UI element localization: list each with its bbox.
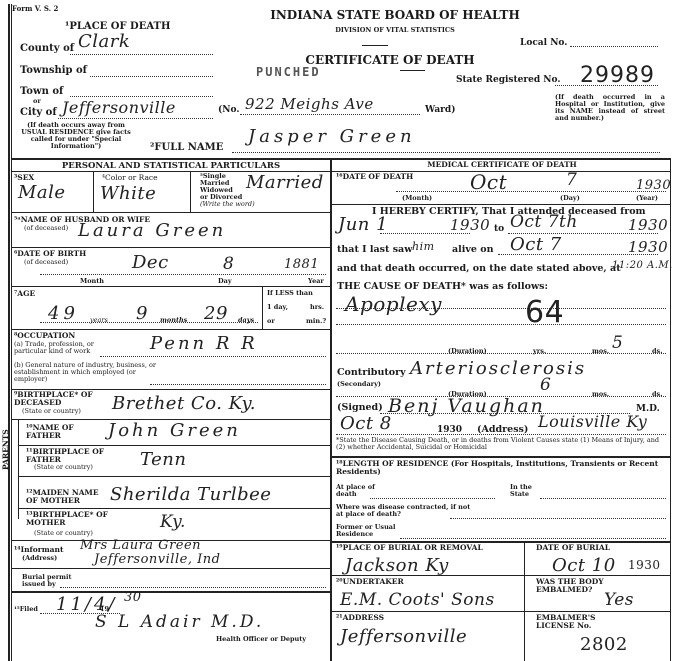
ward-label: Ward) — [425, 105, 455, 115]
attended-to: Oct 7th — [510, 212, 578, 232]
undertaker-address-label: ²¹ADDRESS — [336, 614, 384, 622]
informant-label: ¹⁴Informant — [14, 546, 63, 554]
mos-label-2: mos. — [592, 391, 609, 398]
year-label: Year — [308, 278, 324, 285]
age-months: 9 — [136, 303, 148, 324]
duration-field — [336, 353, 666, 354]
county-value: Clark — [78, 31, 130, 52]
township-label: Township of — [20, 66, 87, 76]
occupation-a-label: (a) Trade, profession, or particular kin… — [14, 341, 124, 355]
burial-place-value: Jackson Ky — [345, 555, 449, 576]
rule — [11, 286, 330, 287]
rule — [93, 171, 94, 212]
rule — [11, 329, 330, 330]
health-officer-label: Health Officer or Deputy — [216, 636, 306, 643]
rule — [330, 456, 670, 458]
form-id: Form V. S. 2 — [12, 5, 58, 12]
occupation-b-label: (b) General nature of industry, business… — [14, 362, 162, 383]
alive-on-label: alive on — [452, 245, 494, 255]
secondary-label: (Secondary) — [337, 381, 381, 388]
burial-date-label: DATE OF BURIAL — [536, 544, 610, 552]
in-state-field — [540, 498, 666, 499]
embalmed-value: Yes — [604, 590, 634, 610]
punched-stamp: PUNCHED — [256, 65, 321, 79]
rule — [330, 611, 670, 612]
one-day-label: 1 day, — [267, 304, 288, 311]
in-state-label: In the State — [510, 484, 540, 498]
dod-day: 7 — [566, 170, 577, 190]
dob-label: ⁶DATE OF BIRTH — [14, 250, 86, 258]
street-no-label: (No. — [218, 105, 239, 115]
rule — [11, 591, 330, 593]
age-days: 29 — [204, 303, 228, 324]
board-title: INDIANA STATE BOARD OF HEALTH — [270, 10, 520, 20]
at-place-label: At place of death — [336, 484, 376, 498]
where-contracted-field — [450, 518, 666, 519]
cause-line — [336, 308, 666, 309]
rule — [11, 568, 330, 569]
dob-year: 1881 — [284, 257, 319, 272]
informant-address: Jeffersonville, Ind — [94, 552, 220, 567]
attended-to-year: 1930 — [628, 216, 668, 234]
month-label: Month — [80, 278, 104, 285]
away-note: (If death occurs away from USUAL RESIDEN… — [14, 122, 138, 150]
father-label: ¹⁰NAME OF FATHER — [26, 424, 86, 440]
county-field — [70, 54, 213, 55]
physician-address: Louisville Ky — [538, 412, 647, 431]
attended-from: Jun 1 — [338, 214, 388, 235]
street-value: 922 Meighs Ave — [245, 95, 374, 113]
last-saw-year: 1930 — [628, 238, 668, 256]
state-registered-field — [555, 85, 658, 86]
time-value: 11:20 A.M. — [612, 260, 673, 271]
city-field — [58, 118, 213, 119]
full-name-value: Jasper Green — [248, 126, 416, 147]
occupation-value: Penn R R — [150, 333, 258, 354]
mother-label: ¹²MAIDEN NAME OF MOTHER — [26, 489, 108, 505]
mother-bp-label: ¹³BIRTHPLACE* OF MOTHER — [26, 511, 108, 527]
city-value: Jeffersonville — [62, 98, 176, 117]
marital-value: Married — [246, 172, 324, 193]
division-title: DIVISION OF VITAL STATISTICS — [320, 26, 470, 34]
dob-field — [40, 274, 326, 275]
address-field — [336, 434, 666, 435]
age-label: ⁷AGE — [14, 290, 35, 298]
or-label: or — [33, 98, 41, 105]
days-label: days — [238, 317, 254, 324]
dod-month-label: (Month) — [402, 195, 432, 202]
mos-label: mos. — [592, 348, 609, 355]
left-border-inner — [11, 4, 12, 661]
to-label: to — [494, 224, 504, 234]
divider — [400, 70, 425, 71]
race-label: ⁴Color or Race — [102, 174, 158, 182]
age-years: 49 — [48, 303, 79, 324]
certificate-title: CERTIFICATE OF DEATH — [300, 55, 480, 65]
years-label: years — [90, 317, 108, 324]
or-label-age: or — [267, 318, 275, 325]
former-residence-field — [400, 538, 666, 539]
occupation-field — [100, 356, 326, 357]
left-border — [8, 4, 10, 661]
mother-bp-value: Ky. — [160, 512, 186, 532]
marital-option: (Write the word) — [200, 201, 255, 208]
mother-value: Sherilda Turlbee — [110, 484, 271, 505]
last-saw-pronoun: him — [412, 240, 435, 253]
signed-date: Oct 8 — [340, 413, 392, 434]
dod-year: 1930 — [636, 178, 671, 193]
rule — [18, 445, 330, 446]
rule — [524, 541, 525, 661]
burial-year-value: 1930 — [628, 558, 661, 572]
town-label: Town of — [20, 87, 63, 97]
undertaker-label: ²⁰UNDERTAKER — [336, 578, 404, 586]
informant-sub: (Address) — [22, 555, 57, 562]
cause-heading: THE CAUSE OF DEATH* was as follows: — [337, 282, 548, 292]
rule — [18, 508, 330, 509]
dob-day: 8 — [223, 254, 234, 274]
dob-sub: (of deceased) — [24, 259, 68, 266]
birthplace-label: ⁹BIRTHPLACE* OF DECEASED — [14, 391, 94, 407]
divider — [362, 45, 388, 46]
personal-heading: PERSONAL AND STATISTICAL PARTICULARS — [12, 161, 330, 171]
health-officer-signature: S L Adair M.D. — [95, 612, 264, 632]
last-saw-text: that I last saw — [337, 245, 412, 255]
parents-label: PARENTS — [2, 429, 10, 470]
burial-permit-label: Burial permit issued by — [22, 574, 82, 588]
min-label: min.? — [306, 318, 326, 325]
last-saw-date: Oct 7 — [510, 234, 562, 255]
mother-bp-sub: (State or country) — [34, 530, 93, 537]
cause-duration-mos: 5 — [612, 333, 623, 353]
father-bp-label: ¹¹BIRTHPLACE OF FATHER — [26, 448, 106, 464]
medical-heading: MEDICAL CERTIFICATE OF DEATH — [332, 161, 672, 169]
footnote: *State the Disease Causing Death, or in … — [336, 437, 664, 451]
attended-from-year: 1930 — [450, 216, 490, 234]
at-place-field — [370, 498, 495, 499]
cause-note: 64 — [525, 295, 564, 330]
dod-label: ¹⁶DATE OF DEATH — [336, 173, 413, 181]
rule — [11, 212, 330, 213]
burial-place-label: ¹⁹PLACE OF BURIAL OR REMOVAL — [336, 544, 483, 552]
father-bp-sub: (State or country) — [34, 464, 93, 471]
contributory-label: Contributory — [337, 368, 406, 378]
months-label: months — [160, 317, 187, 324]
right-border — [670, 158, 671, 661]
father-bp-value: Tenn — [140, 449, 186, 470]
spouse-sub: (of deceased) — [24, 225, 68, 232]
ds-label: ds. — [652, 348, 662, 355]
sex-label: ³SEX — [14, 174, 34, 182]
ds-label-2: ds. — [652, 391, 662, 398]
full-name-label: ²FULL NAME — [150, 143, 223, 153]
state-registered-label: State Registered No. — [456, 75, 560, 85]
birthplace-value: Brethet Co. Ky. — [112, 393, 256, 414]
less-than-label: If LESS than — [267, 290, 313, 297]
contributory-value: Arteriosclerosis — [410, 358, 586, 379]
dod-month: Oct — [470, 170, 507, 194]
rule — [11, 247, 330, 248]
former-residence-label: Former or Usual Residence — [336, 524, 416, 538]
dod-year-label: (Year) — [636, 195, 658, 202]
contributory-duration-yrs: 6 — [540, 375, 551, 395]
industry-field — [150, 384, 326, 385]
hrs-label: hrs. — [310, 304, 324, 311]
certify-text: I HEREBY CERTIFY, That I attended deceas… — [372, 207, 646, 217]
informant-value: Mrs Laura Green — [80, 538, 201, 553]
full-name-field — [232, 152, 660, 153]
race-value: White — [100, 183, 156, 204]
township-field — [90, 76, 213, 77]
local-no-label: Local No. — [520, 38, 567, 48]
license-label: EMBALMER'S LICENSE No. — [536, 614, 616, 630]
street-field — [240, 114, 420, 115]
father-value: John Green — [108, 420, 241, 441]
spouse-value: Laura Green — [78, 220, 226, 241]
rule — [330, 204, 670, 205]
dod-day-label: (Day) — [560, 195, 580, 202]
undertaker-address-value: Jeffersonville — [340, 626, 467, 647]
filed-label: ¹⁵Filed — [14, 606, 38, 613]
license-value: 2802 — [580, 634, 628, 655]
occupation-label: ⁸OCCUPATION — [14, 332, 75, 340]
dod-field — [396, 191, 666, 192]
town-field — [70, 96, 213, 97]
rule — [262, 286, 263, 329]
county-label: County of — [20, 44, 74, 54]
signed-label: (Signed) — [337, 403, 383, 413]
duration-label: (Duration) — [448, 348, 487, 355]
residence-label: ¹⁸LENGTH OF RESIDENCE (For Hospitals, In… — [336, 460, 666, 476]
where-contracted-label: Where was disease contracted, if not at … — [336, 504, 476, 518]
occurred-text: and that death occurred, on the date sta… — [337, 264, 621, 274]
burial-date-value: Oct 10 — [552, 555, 616, 576]
burial-permit-field — [60, 587, 326, 588]
day-label: Day — [218, 278, 232, 285]
undertaker-value: E.M. Coots' Sons — [340, 590, 495, 610]
filed-year: 30 — [124, 590, 142, 605]
city-label: City of — [20, 108, 57, 118]
dob-month: Dec — [132, 252, 169, 273]
rule — [18, 419, 19, 519]
column-divider — [330, 158, 332, 661]
yrs-label: yrs. — [533, 348, 546, 355]
sex-value: Male — [18, 182, 66, 203]
birthplace-sub: (State or country) — [22, 408, 81, 415]
cause-line — [336, 324, 666, 325]
cause-value: Apoplexy — [345, 292, 442, 316]
local-no-field — [570, 46, 658, 47]
rule — [18, 476, 330, 477]
rule — [330, 575, 670, 576]
hospital-note: (If death occurred in a Hospital or Inst… — [555, 94, 665, 122]
rule — [190, 171, 191, 212]
